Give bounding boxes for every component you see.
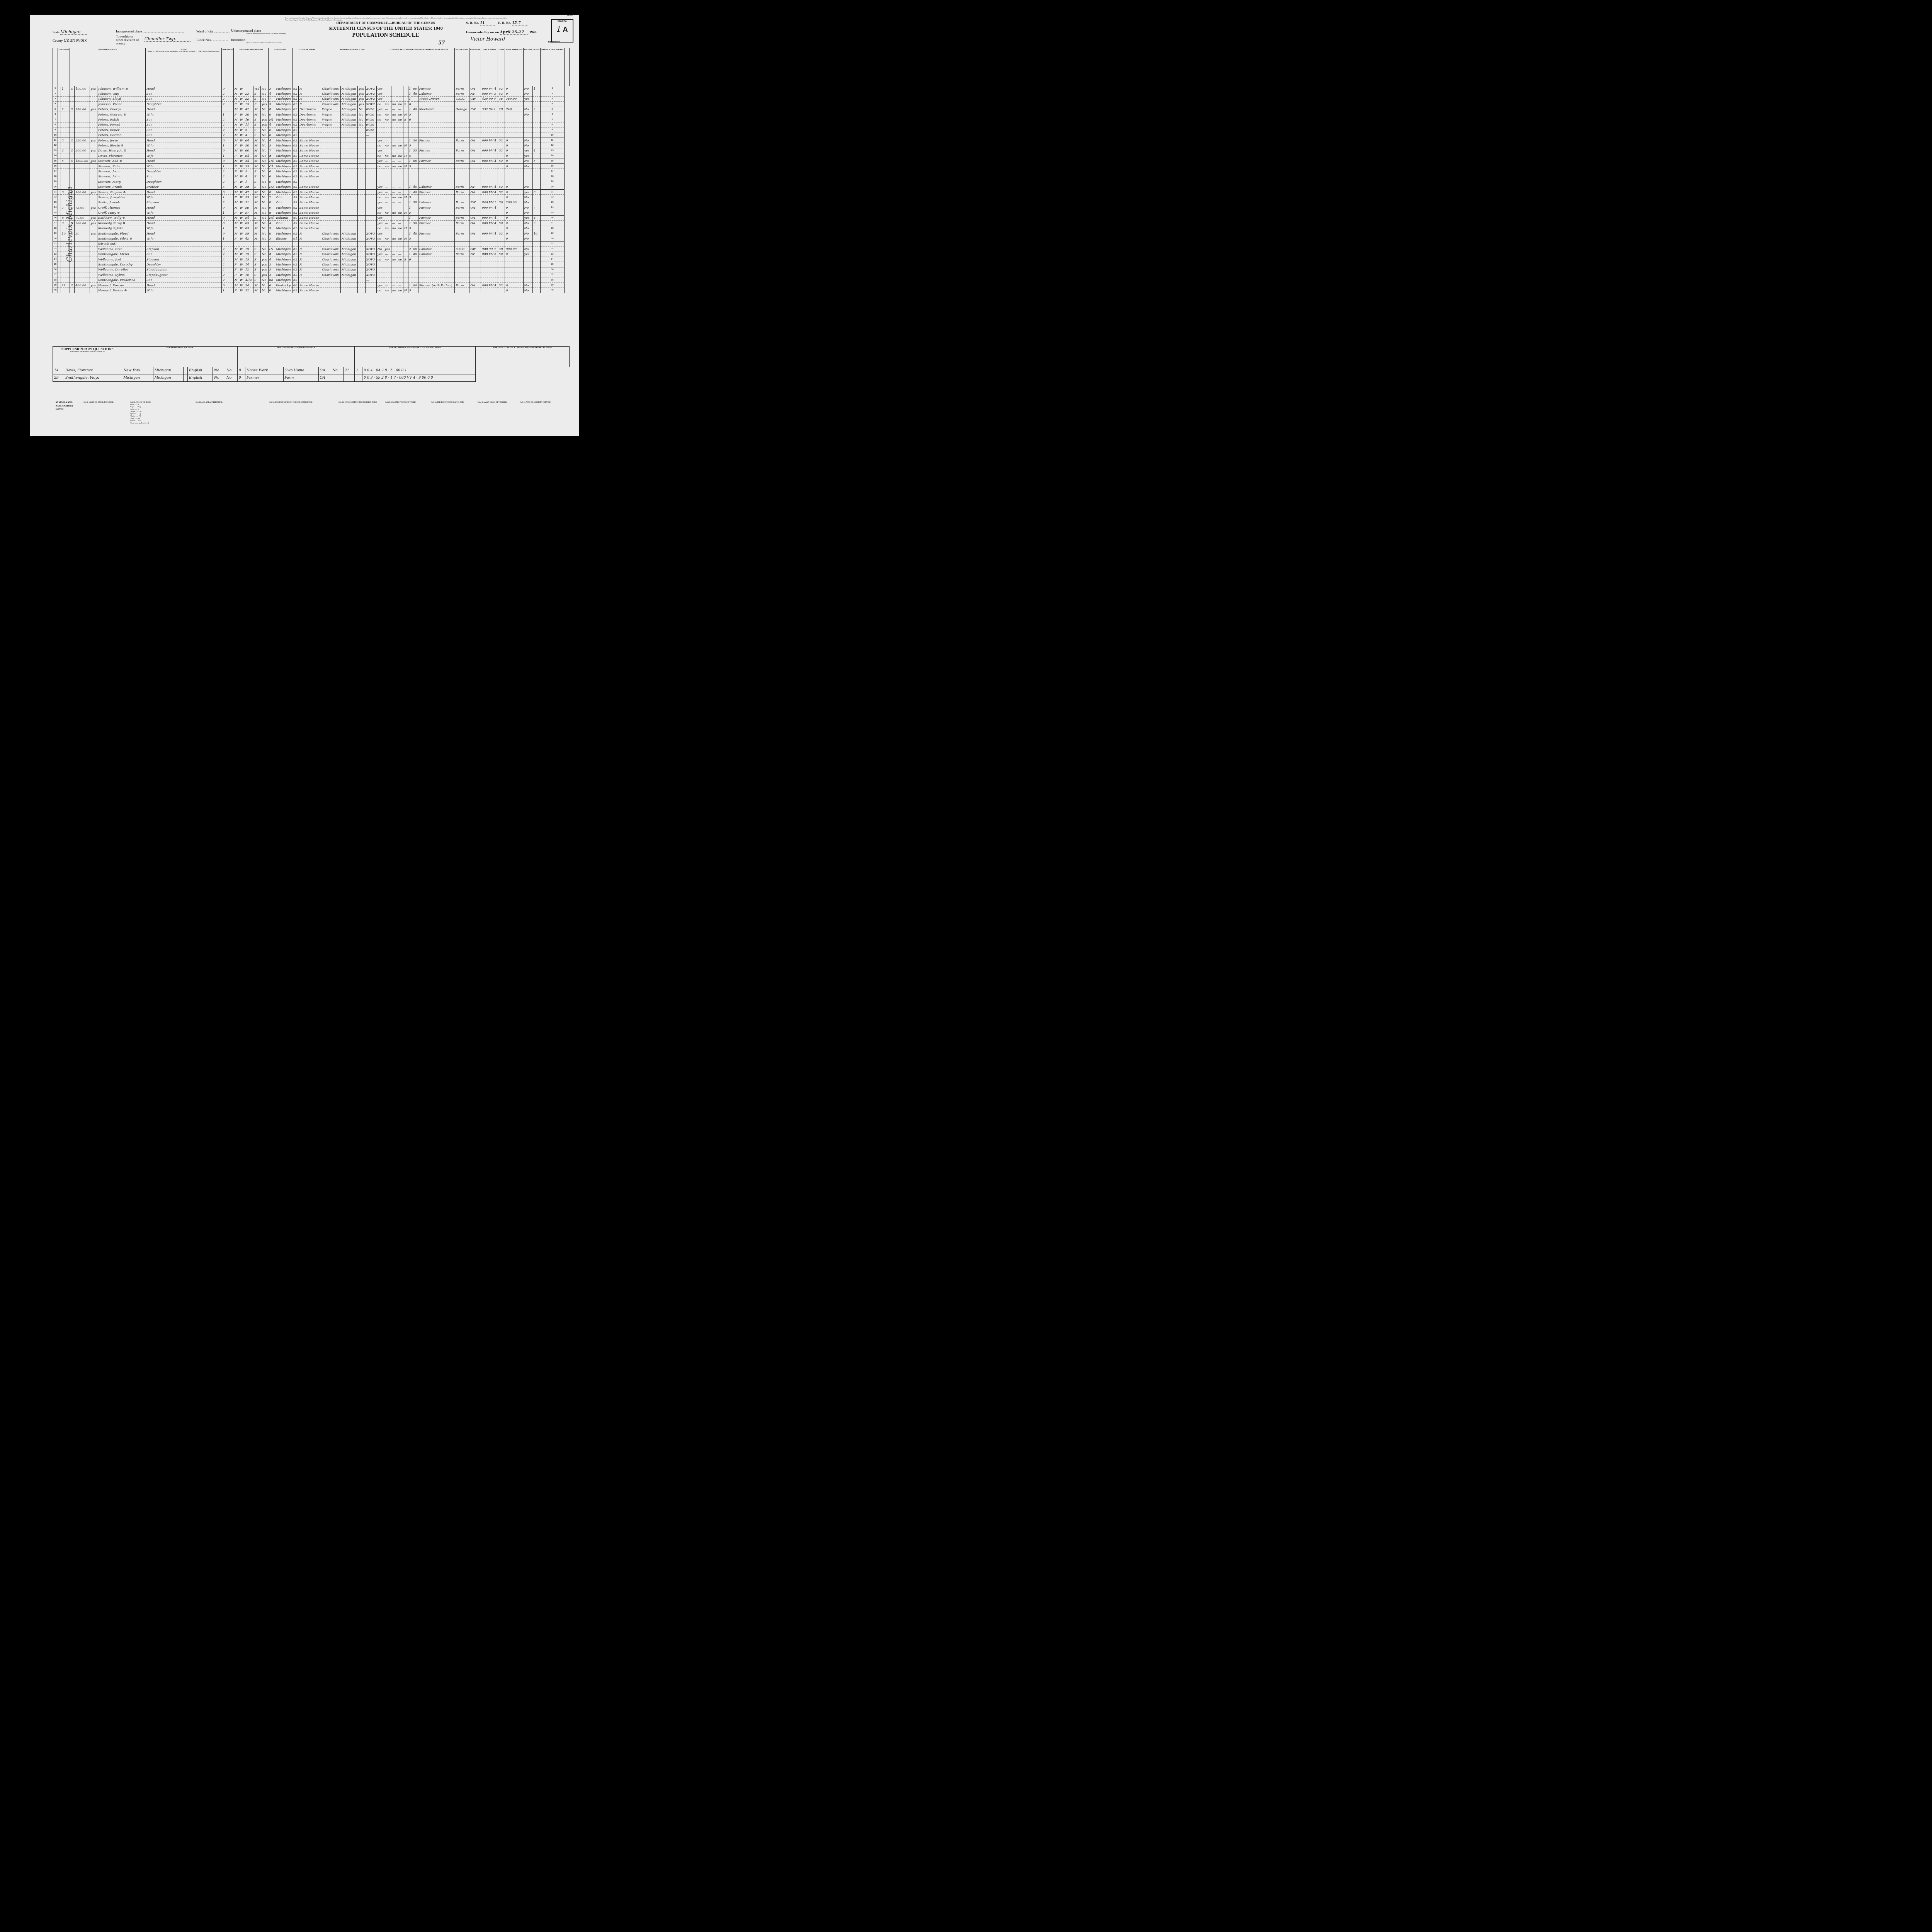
cell-occupation <box>418 163 454 168</box>
cell-emp-c: — <box>391 282 397 287</box>
cell-emp-b: — <box>384 205 391 210</box>
ward-field: Ward of city <box>196 29 230 33</box>
cell-wages: 0 <box>505 288 523 293</box>
cell-emp-e <box>403 128 408 133</box>
cell-weeks: 52 <box>498 184 505 189</box>
cell-other: No <box>523 236 532 241</box>
cell-name: Wellcome, Joel <box>97 257 145 262</box>
cell-school: No <box>261 252 268 257</box>
township-label: Township or other division of county <box>116 35 139 45</box>
cell-birthplace: Kentucky <box>275 282 293 287</box>
cell-value: 200.00 <box>75 221 90 226</box>
cell-farm: yes <box>90 86 97 91</box>
cell-wages: 0 <box>505 189 523 194</box>
cell-bcode: 62 <box>293 267 299 272</box>
cell-emp-c <box>391 272 397 277</box>
cell-school: No <box>261 91 268 96</box>
cell-class: OA <box>469 221 481 226</box>
cell-res-state <box>340 138 358 143</box>
cell-street <box>58 189 61 194</box>
cell-occupation <box>418 117 454 122</box>
cell-other: No <box>523 158 532 163</box>
cell-owner <box>70 272 75 277</box>
cell-birthplace: Michigan <box>275 184 293 189</box>
cell-res-code <box>365 158 376 163</box>
line-number-right: 17 <box>540 169 564 174</box>
cell-res-code: XOV2 <box>365 96 376 101</box>
cell-school <box>261 241 268 246</box>
supp-cell-tongue: English <box>188 374 213 382</box>
cell-res-county <box>321 179 341 184</box>
supp-row: 14Davis, FlorenceNew YorkMichiganEnglish… <box>53 367 570 374</box>
cell-res-code <box>365 169 376 174</box>
cell-res-city: R <box>298 252 321 257</box>
cell-street <box>58 236 61 241</box>
cell-owner <box>70 133 75 138</box>
cell-code: 0 <box>222 148 234 153</box>
cell-at-work <box>376 122 384 127</box>
cell-res-city: Same House <box>298 148 321 153</box>
cell-res-city: R <box>298 272 321 277</box>
cell-res-code <box>365 184 376 189</box>
line-number-right: 9 <box>540 128 564 133</box>
cell-occupation: Farmer <box>418 86 454 91</box>
cell-race <box>239 241 244 246</box>
cell-bcode: 59 <box>293 200 299 205</box>
cell-farm: yes <box>90 138 97 143</box>
cell-grade: 8 <box>268 189 275 194</box>
cell-farm-no <box>532 210 540 215</box>
cell-emp-b: no <box>384 117 391 122</box>
cell-relation: Stepson <box>145 247 221 252</box>
cell-relation: Stepdaughter <box>145 267 221 272</box>
cell-school: No <box>261 174 268 179</box>
cell-other: No <box>523 282 532 287</box>
cell-res-state <box>340 133 358 138</box>
cell-emp-c: no <box>391 195 397 200</box>
cell-school: No <box>261 282 268 287</box>
cell-res-city: Same House <box>298 195 321 200</box>
cell-street <box>58 117 61 122</box>
cell-hh <box>61 184 70 189</box>
cell-at-work: yes <box>376 200 384 205</box>
cell-occ-code <box>481 153 498 158</box>
col-line <box>53 48 58 86</box>
cell-sex: M <box>233 252 239 257</box>
cell-street <box>58 112 61 117</box>
cell-emp-e <box>403 179 408 184</box>
cell-emp-f: 1 <box>408 107 412 112</box>
cell-emp-b: no <box>384 210 391 215</box>
cell-emp-b: — <box>384 189 391 194</box>
supp-cell-name: Davis, Florence <box>64 367 122 374</box>
cell-occupation: Farmer (with Father) <box>418 282 454 287</box>
cell-emp-f <box>408 122 412 127</box>
line-number-right: 7 <box>540 117 564 122</box>
cell-owner <box>70 169 75 174</box>
cell-emp-c: — <box>391 200 397 205</box>
cell-emp-d <box>397 133 403 138</box>
cell-hh <box>61 257 70 262</box>
cell-industry: Farm <box>455 189 469 194</box>
state-value: Michigan <box>60 29 87 35</box>
cell-res-state <box>340 163 358 168</box>
cell-code: 2 <box>222 247 234 252</box>
cell-emp-c: no <box>391 210 397 215</box>
cell-hh: 7 <box>61 205 70 210</box>
cell-occupation <box>418 112 454 117</box>
cell-occ-code <box>481 174 498 179</box>
header-relation: RELATION <box>222 48 234 86</box>
cell-race: W <box>239 226 244 231</box>
cell-street <box>58 174 61 179</box>
cell-at-work: yes <box>376 96 384 101</box>
cell-relation: Daughter <box>145 102 221 107</box>
cell-bcode: 62 <box>293 122 299 127</box>
cell-res-farm: yes <box>358 86 365 91</box>
cell-marital: S <box>253 128 261 133</box>
cell-class <box>469 272 481 277</box>
cell-res-county <box>321 195 341 200</box>
unincorporated-field: Unincorporated place <box>231 29 261 32</box>
line-number: 17 <box>53 169 58 174</box>
cell-res-city: R <box>298 96 321 101</box>
cell-bcode: 62 <box>293 262 299 267</box>
cell-value: 100.00 <box>75 86 90 91</box>
cell-emp-c: — <box>391 158 397 163</box>
cell-sex: F <box>233 267 239 272</box>
cell-value: 70.00 <box>75 215 90 220</box>
cell-sex: M <box>233 133 239 138</box>
cell-hours: 55 <box>412 148 418 153</box>
cell-occ-code <box>481 257 498 262</box>
cell-industry <box>455 277 469 282</box>
cell-street <box>58 272 61 277</box>
cell-school: No <box>261 189 268 194</box>
enumerated-date-field: Enumerated by me on April 25-27, 1940. <box>466 30 537 35</box>
cell-hh: 2 <box>61 107 70 112</box>
cell-emp-d: — <box>397 158 403 163</box>
cell-at-work <box>376 272 384 277</box>
cell-res-state <box>340 189 358 194</box>
cell-emp-c <box>391 128 397 133</box>
cell-res-county: Charlevoix <box>321 102 341 107</box>
cell-res-state <box>340 148 358 153</box>
cell-value <box>75 179 90 184</box>
cell-occ-code <box>481 288 498 293</box>
cell-res-county <box>321 153 341 158</box>
cell-bcode <box>293 241 299 246</box>
line-number-right: 33 <box>540 252 564 257</box>
cell-emp-b: no <box>384 226 391 231</box>
cell-hh <box>61 96 70 101</box>
cell-emp-e: S <box>403 257 408 262</box>
cell-industry <box>455 117 469 122</box>
cell-name: Smithengale, Merel <box>97 252 145 257</box>
cell-weeks: 52 <box>498 86 505 91</box>
cell-birthplace: Michigan <box>275 267 293 272</box>
cell-value <box>75 272 90 277</box>
cell-at-work <box>376 277 384 282</box>
cell-res-code <box>365 210 376 215</box>
cell-marital: M <box>253 143 261 148</box>
cell-marital: S <box>253 174 261 179</box>
cell-res-city: Same House <box>298 221 321 226</box>
cell-res-code <box>365 153 376 158</box>
header-code: CODE <box>498 48 505 86</box>
cell-industry <box>455 267 469 272</box>
cell-occupation: Farmer <box>418 231 454 236</box>
cell-res-city: Same House <box>298 163 321 168</box>
cell-class <box>469 226 481 231</box>
cell-class <box>469 143 481 148</box>
table-row: 40Howard, Bertha ⊗Wife1FW32MNo8Michigan6… <box>53 288 570 293</box>
line-number: 20 <box>53 184 58 189</box>
cell-farm <box>90 184 97 189</box>
cell-school: No <box>261 277 268 282</box>
cell-bcode: 60 <box>293 215 299 220</box>
cell-hours: 58 <box>412 200 418 205</box>
cell-relation: Son <box>145 91 221 96</box>
cell-marital: M <box>253 153 261 158</box>
cell-emp-b: — <box>384 91 391 96</box>
cell-occupation: Laborer <box>418 91 454 96</box>
header-name: NAMEName of each person whose usual plac… <box>145 48 221 86</box>
cell-occupation: Farmer <box>418 215 454 220</box>
cell-race: W <box>239 231 244 236</box>
supp-cell-veteran: No <box>213 374 225 382</box>
cell-name: Peters, Georgia ⊗ <box>97 112 145 117</box>
cell-res-farm <box>358 272 365 277</box>
cell-occ-code <box>481 267 498 272</box>
supp-cell-deduct: 0 <box>237 374 245 382</box>
line-number-right: 19 <box>540 179 564 184</box>
cell-wages <box>505 169 523 174</box>
cell-marital: S <box>253 179 261 184</box>
cell-farm <box>90 267 97 272</box>
cell-res-farm <box>358 267 365 272</box>
cell-bcode: 59 <box>293 195 299 200</box>
footer-col3: Col. 3. VALUE OF HOME, IF OWNED: <box>83 401 126 403</box>
cell-grade: H4 <box>268 158 275 163</box>
cell-marital: S <box>253 247 261 252</box>
cell-res-farm <box>358 163 365 168</box>
cell-age: 38 <box>244 184 253 189</box>
cell-code: 2 <box>222 91 234 96</box>
cell-birthplace: Illinois <box>275 236 293 241</box>
cell-value <box>75 96 90 101</box>
cell-class: NP <box>469 184 481 189</box>
cell-res-farm <box>358 277 365 282</box>
header-birthplace: PLACE OF BIRTH <box>293 48 321 86</box>
line-number-right: 15 <box>540 158 564 163</box>
cell-birthplace <box>275 241 293 246</box>
cell-owner: O <box>70 215 75 220</box>
cell-relation: Wife <box>145 210 221 215</box>
cell-value: 250.00 <box>75 138 90 143</box>
cell-at-work: no <box>376 226 384 231</box>
cell-emp-d: — <box>397 205 403 210</box>
cell-other <box>523 133 532 138</box>
cell-wages <box>505 102 523 107</box>
cell-school: No <box>261 133 268 138</box>
cell-res-state: Michigan <box>340 252 358 257</box>
cell-res-code: XOV2 <box>365 102 376 107</box>
cell-res-state <box>340 158 358 163</box>
cell-res-code: 6V36 <box>365 128 376 133</box>
cell-weeks <box>498 236 505 241</box>
cell-owner <box>70 184 75 189</box>
table-row: 35Smithengale, DorothyDaughter2FW14Syes3… <box>53 262 570 267</box>
cell-birthplace: Ohio <box>275 200 293 205</box>
cell-street <box>58 138 61 143</box>
cell-bcode: 62 <box>293 272 299 277</box>
cell-wages <box>505 128 523 133</box>
cell-owner <box>70 288 75 293</box>
cell-farm: yes <box>90 158 97 163</box>
cell-res-county: Charlevoix <box>321 267 341 272</box>
table-row: 33Smithengale, MerelSon2MW19SNo8Michigan… <box>53 252 570 257</box>
cell-relation: Wife <box>145 236 221 241</box>
cell-sex: M <box>233 231 239 236</box>
cell-farm-no: 9 <box>532 221 540 226</box>
cell-at-work: yes <box>376 184 384 189</box>
cell-age: 59 <box>244 231 253 236</box>
cell-emp-e: H <box>403 210 408 215</box>
cell-res-county: Wayne <box>321 117 341 122</box>
cell-occupation <box>418 236 454 241</box>
cell-hh <box>61 163 70 168</box>
cell-emp-f: 1 <box>408 252 412 257</box>
cell-relation: Head <box>145 86 221 91</box>
cell-res-state <box>340 184 358 189</box>
cell-wages: 0 <box>505 138 523 143</box>
cell-emp-b <box>384 133 391 138</box>
cell-age: 23 <box>244 91 253 96</box>
cell-street <box>58 226 61 231</box>
cell-res-farm <box>358 174 365 179</box>
cell-res-county <box>321 174 341 179</box>
cell-at-work <box>376 262 384 267</box>
cell-occupation <box>418 262 454 267</box>
cell-occ-code <box>481 169 498 174</box>
supp-age14: FOR PERSONS 14 YEARS OLD AND OVER <box>237 347 355 367</box>
cell-res-county <box>321 169 341 174</box>
table-row: 25Croff, Mary ⊗Wife1FW57MNo8Michigan62Sa… <box>53 210 570 215</box>
line-number-right: 32 <box>540 247 564 252</box>
line-number: 30 <box>53 236 58 241</box>
cell-street <box>58 122 61 127</box>
cell-emp-b: — <box>384 184 391 189</box>
cell-res-city: Same House <box>298 210 321 215</box>
cell-emp-e <box>403 247 408 252</box>
cell-weeks <box>498 267 505 272</box>
cell-hours <box>412 262 418 267</box>
cell-emp-f: 2 <box>408 247 412 252</box>
cell-weeks <box>498 195 505 200</box>
cell-at-work: no <box>376 102 384 107</box>
cell-other: No <box>523 226 532 231</box>
cell-emp-b: no <box>384 288 391 293</box>
cell-at-work: yes <box>376 282 384 287</box>
cell-grade: H1 <box>268 117 275 122</box>
table-body: 11O100.00yesJohnson, William ⊗Head0MWWdN… <box>53 86 570 293</box>
cell-name: Wellcome, Dorothy <box>97 267 145 272</box>
cell-occupation: Farmer <box>418 205 454 210</box>
cell-relation: Son <box>145 96 221 101</box>
cell-industry: C.C.C. <box>455 247 469 252</box>
supp-cell-deduct: 0 <box>237 367 245 374</box>
cell-hh <box>61 247 70 252</box>
cell-farm <box>90 277 97 282</box>
cell-farm <box>90 143 97 148</box>
cell-grade: 9 <box>268 226 275 231</box>
line-number-right: 5 <box>540 107 564 112</box>
cell-res-state: Michigan <box>340 96 358 101</box>
cell-emp-f: 6 <box>408 102 412 107</box>
cell-owner: O <box>70 282 75 287</box>
cell-farm <box>90 102 97 107</box>
cell-hh <box>61 226 70 231</box>
cell-occ-code <box>481 241 498 246</box>
cell-birthplace: Michigan <box>275 163 293 168</box>
cell-farm: yes <box>90 221 97 226</box>
line-number: 14 <box>53 153 58 158</box>
cell-other <box>523 122 532 127</box>
cell-hours: 00 <box>412 247 418 252</box>
cell-res-farm <box>358 252 365 257</box>
cell-other: No <box>523 195 532 200</box>
header-farm-schedule: Number of Farm Schedule <box>540 48 564 86</box>
cell-emp-b: no <box>384 153 391 158</box>
cell-res-county <box>321 184 341 189</box>
cell-age: 14 <box>244 262 253 267</box>
cell-relation: Head <box>145 205 221 210</box>
cell-emp-e: H <box>403 195 408 200</box>
cell-weeks: 50 <box>498 221 505 226</box>
line-number-right: 26 <box>540 215 564 220</box>
cell-relation: Head <box>145 189 221 194</box>
cell-at-work: yes <box>376 231 384 236</box>
table-row: 216O100.00yesSisson, Eugene ⊗Head0MW47MN… <box>53 189 570 194</box>
cell-school: No <box>261 163 268 168</box>
cell-emp-b <box>384 128 391 133</box>
cell-class <box>469 288 481 293</box>
cell-hours <box>412 153 418 158</box>
cell-emp-e: H <box>403 236 408 241</box>
cell-sex: F <box>233 112 239 117</box>
cell-birthplace: Michigan <box>275 158 293 163</box>
cell-birthplace: Michigan <box>275 138 293 143</box>
cell-relation: Wife <box>145 226 221 231</box>
cell-age: 4 <box>244 174 253 179</box>
supp-cell-industry: Farm <box>283 374 318 382</box>
cell-school: No <box>261 143 268 148</box>
cell-value <box>75 112 90 117</box>
cell-farm-no: 6 <box>532 189 540 194</box>
cell-occ-code <box>481 122 498 127</box>
cell-age: 65 <box>244 226 253 231</box>
cell-at-work: no <box>376 236 384 241</box>
cell-street <box>58 267 61 272</box>
cell-hours <box>412 179 418 184</box>
cell-bcode: 62 <box>293 277 299 282</box>
cell-at-work: no <box>376 163 384 168</box>
cell-emp-c <box>391 241 397 246</box>
line-number-right: 37 <box>540 272 564 277</box>
cell-school: yes <box>261 267 268 272</box>
cell-relation: Son <box>145 122 221 127</box>
